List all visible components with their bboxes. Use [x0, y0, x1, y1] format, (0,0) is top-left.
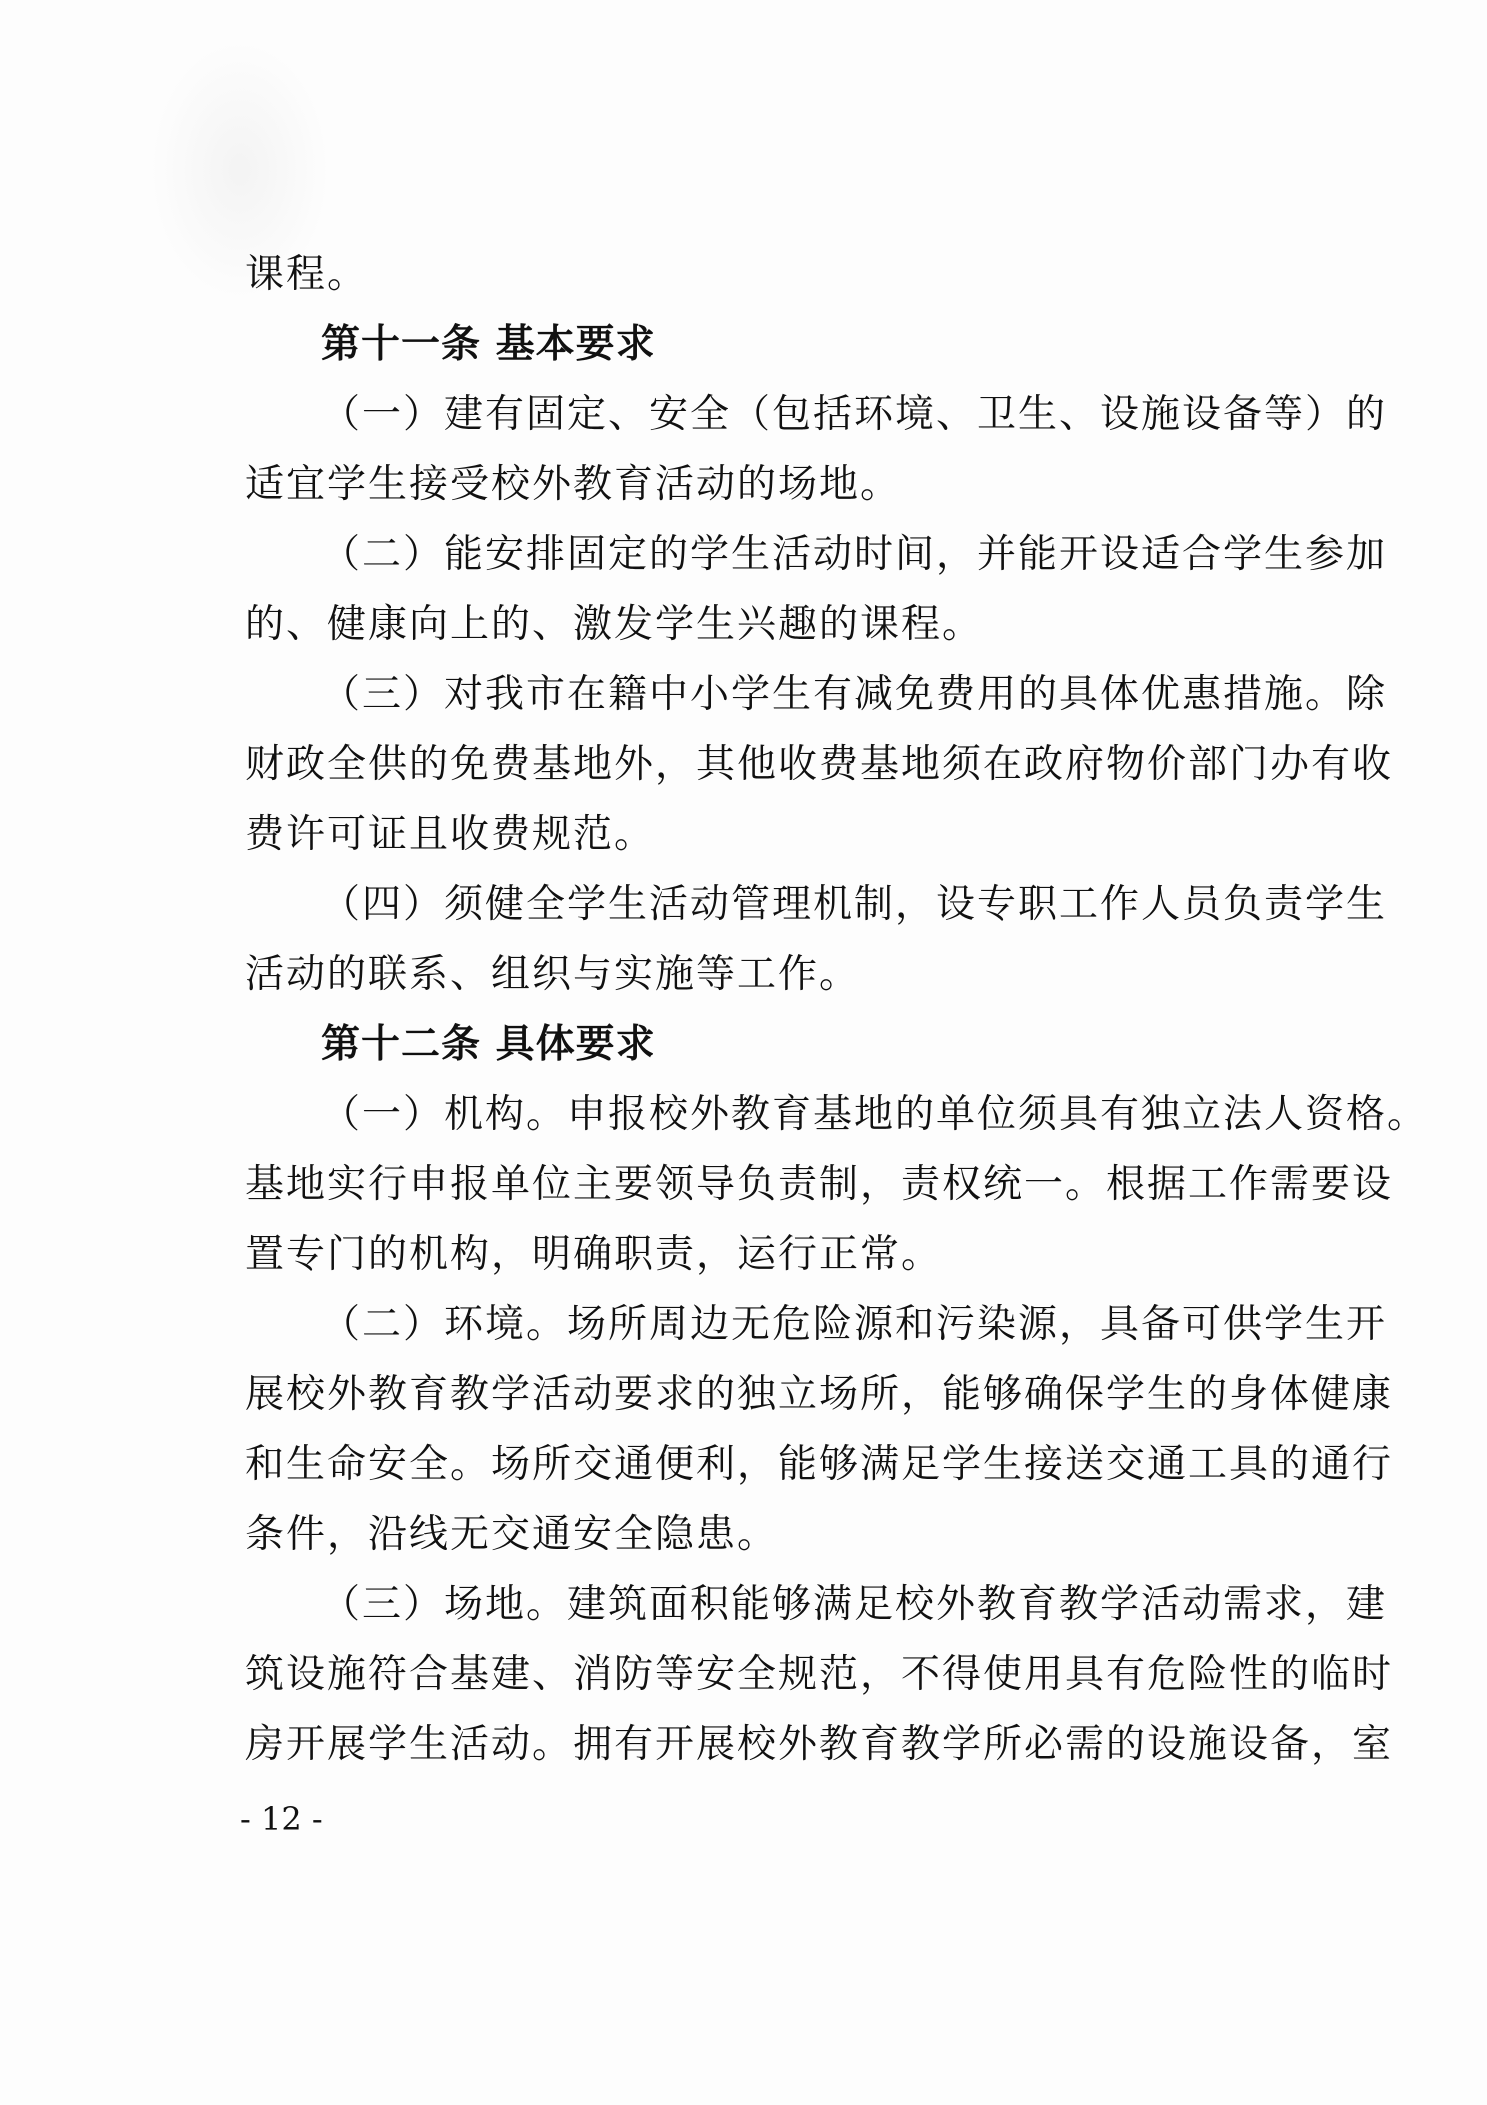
text-line: 和生命安全。场所交通便利，能够满足学生接送交通工具的通行: [245, 1430, 1275, 1500]
document-body: 课程。 第十一条 基本要求 （一）建有固定、安全（包括环境、卫生、设施设备等）的…: [245, 240, 1275, 1780]
text-line: 的、健康向上的、激发学生兴趣的课程。: [245, 590, 1275, 660]
document-page: 课程。 第十一条 基本要求 （一）建有固定、安全（包括环境、卫生、设施设备等）的…: [0, 0, 1487, 2105]
text-line: 适宜学生接受校外教育活动的场地。: [245, 450, 1275, 520]
text-line: 条件，沿线无交通安全隐患。: [245, 1500, 1275, 1570]
text-line: 基地实行申报单位主要领导负责制，责权统一。根据工作需要设: [245, 1150, 1275, 1220]
text-line: 筑设施符合基建、消防等安全规范，不得使用具有危险性的临时: [245, 1640, 1275, 1710]
text-line: （一）建有固定、安全（包括环境、卫生、设施设备等）的: [245, 380, 1275, 450]
text-line: （三）场地。建筑面积能够满足校外教育教学活动需求，建: [245, 1570, 1275, 1640]
text-line: 展校外教育教学活动要求的独立场所，能够确保学生的身体健康: [245, 1360, 1275, 1430]
article-heading-12: 第十二条 具体要求: [245, 1010, 1275, 1080]
text-line: 费许可证且收费规范。: [245, 800, 1275, 870]
text-line: 房开展学生活动。拥有开展校外教育教学所必需的设施设备，室: [245, 1710, 1275, 1780]
article-heading-11: 第十一条 基本要求: [245, 310, 1275, 380]
text-line: （四）须健全学生活动管理机制，设专职工作人员负责学生: [245, 870, 1275, 940]
text-line: 财政全供的免费基地外，其他收费基地须在政府物价部门办有收: [245, 730, 1275, 800]
text-line: 活动的联系、组织与实施等工作。: [245, 940, 1275, 1010]
text-line: （二）能安排固定的学生活动时间，并能开设适合学生参加: [245, 520, 1275, 590]
text-line: （三）对我市在籍中小学生有减免费用的具体优惠措施。除: [245, 660, 1275, 730]
text-line: （一）机构。申报校外教育基地的单位须具有独立法人资格。: [245, 1080, 1275, 1150]
text-line: （二）环境。场所周边无危险源和污染源，具备可供学生开: [245, 1290, 1275, 1360]
text-line: 置专门的机构，明确职责，运行正常。: [245, 1220, 1275, 1290]
text-line: 课程。: [245, 240, 1275, 310]
page-number: - 12 -: [240, 1800, 323, 1838]
